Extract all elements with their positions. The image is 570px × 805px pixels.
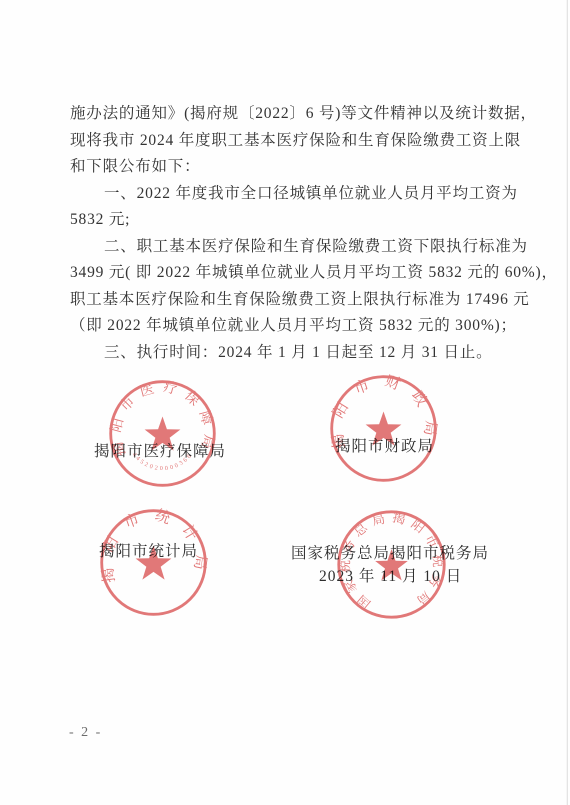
text-line: 施办法的通知》(揭府规〔2022〕6 号)等文件精神以及统计数据， xyxy=(70,101,510,128)
text-line: 一、2022 年度我市全口径城镇单位就业人员月平均工资为 xyxy=(70,181,510,208)
seal-arc-text: 揭阳市统计局 xyxy=(98,506,210,583)
page-number: - 2 - xyxy=(69,725,102,741)
star-icon xyxy=(366,412,402,446)
text-line: （即 2022 年城镇单位就业人员月平均工资 5832 元的 300%)； xyxy=(70,313,510,340)
text-line: 职工基本医疗保险和生育保险缴费工资上限执行标准为 17496 元 xyxy=(70,287,510,314)
official-seal-statistics-bureau: 揭阳市统计局 xyxy=(97,506,210,619)
official-seal-medical-bureau: 揭阳市医疗保障局 4452020000366 xyxy=(106,377,219,490)
document-page: 施办法的通知》(揭府规〔2022〕6 号)等文件精神以及统计数据， 现将我市 2… xyxy=(0,0,570,805)
star-icon xyxy=(375,549,408,580)
svg-text:4452020000366: 4452020000366 xyxy=(131,452,195,472)
seal-arc-text: 揭阳市财政局 xyxy=(328,372,440,450)
svg-text:揭阳市统计局: 揭阳市统计局 xyxy=(98,506,210,583)
text-line: 5832 元; xyxy=(70,207,510,234)
seal-code: 4452020000366 xyxy=(131,452,195,472)
text-line: 三、执行时间：2024 年 1 月 1 日起至 12 月 31 日止。 xyxy=(70,340,510,367)
text-line: 现将我市 2024 年度职工基本医疗保险和生育保险缴费工资上限 xyxy=(70,128,510,155)
page-edge-line xyxy=(566,0,568,805)
svg-text:揭阳市财政局: 揭阳市财政局 xyxy=(328,372,440,450)
text-line: 二、职工基本医疗保险和生育保险缴费工资下限执行标准为 xyxy=(70,234,510,261)
text-line: 和下限公布如下： xyxy=(70,154,510,181)
star-icon xyxy=(145,417,181,451)
document-body: 施办法的通知》(揭府规〔2022〕6 号)等文件精神以及统计数据， 现将我市 2… xyxy=(70,101,510,366)
official-seal-tax-bureau: 国家税务总局揭阳市税务局 xyxy=(334,507,449,622)
official-seal-finance-bureau: 揭阳市财政局 xyxy=(327,372,440,485)
text-line: 3499 元( 即 2022 年城镇单位就业人员月平均工资 5832 元的 60… xyxy=(70,260,510,287)
star-icon xyxy=(136,546,172,580)
